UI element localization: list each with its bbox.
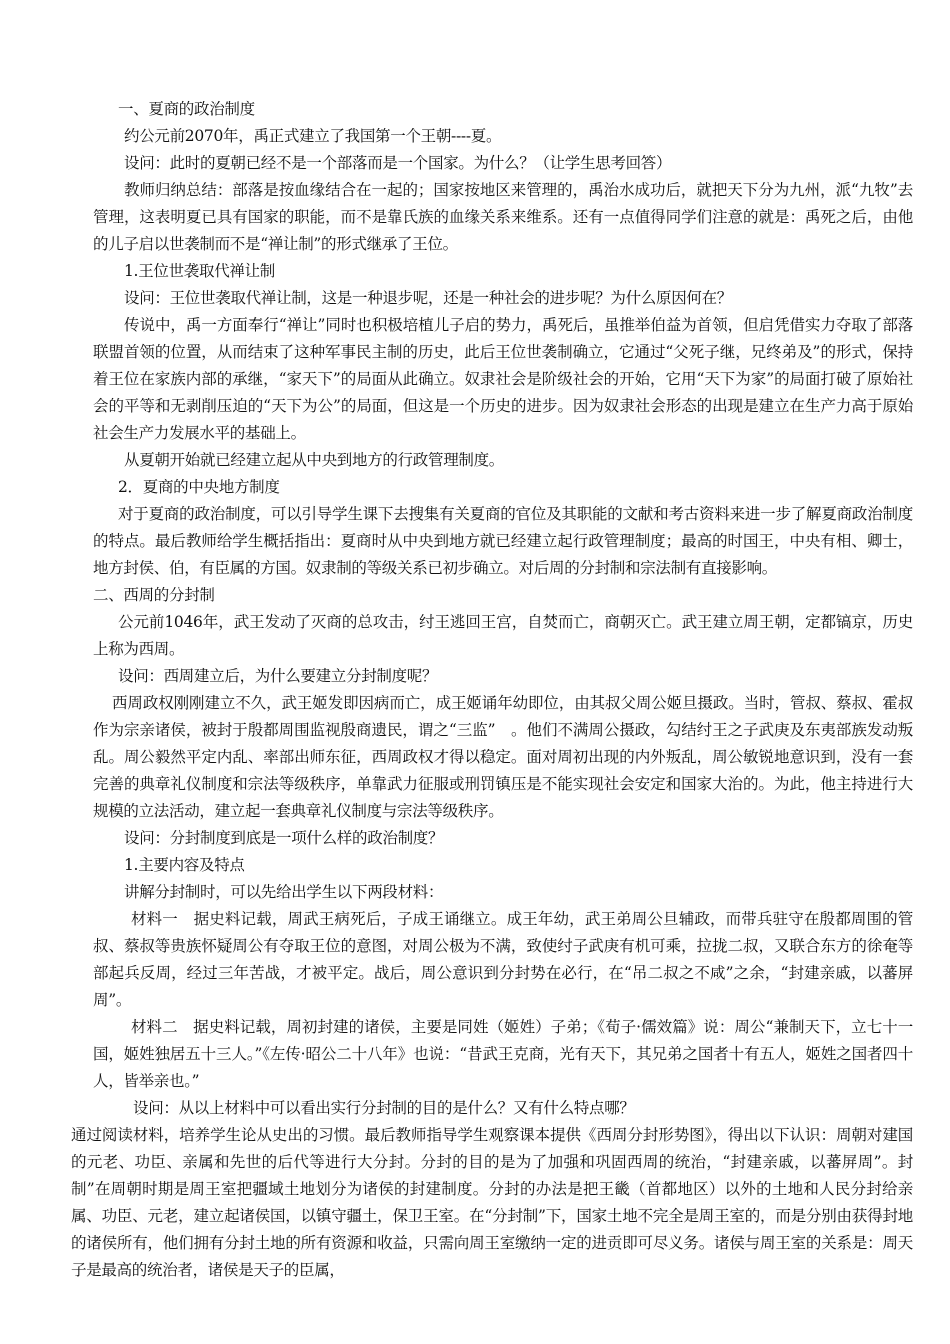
section-heading-xizhou: 二、西周的分封制 — [93, 582, 913, 609]
paragraph: 设问：分封制度到底是一项什么样的政治制度？ — [93, 825, 913, 852]
paragraph: 对于夏商的政治制度，可以引导学生课下去搜集有关夏商的官位及其职能的文献和考古资料… — [93, 501, 913, 582]
paragraph: 设问：从以上材料中可以看出实行分封制的目的是什么？又有什么特点哪？ — [71, 1095, 913, 1122]
paragraph: 公元前1046年，武王发动了灭商的总攻击，纣王逃回王宫，自焚而亡，商朝灭亡。武王… — [93, 609, 913, 663]
material-one: 材料一 据史料记载，周武王病死后，子成王诵继立。成王年幼，武王弟周公旦辅政，而带… — [93, 906, 913, 1014]
paragraph: 讲解分封制时，可以先给出学生以下两段材料： — [93, 879, 913, 906]
paragraph: 设问：王位世袭取代禅让制，这是一种退步呢，还是一种社会的进步呢？为什么原因何在？ — [93, 285, 913, 312]
subsection-heading-zhongyang-difang: 2．夏商的中央地方制度 — [93, 474, 913, 501]
paragraph: 设问：西周建立后，为什么要建立分封制度呢？ — [93, 663, 913, 690]
subsection-heading-wangwei: 1.王位世袭取代禅让制 — [93, 258, 913, 285]
paragraph: 传说中，禹一方面奉行“禅让”同时也积极培植儿子启的势力，禹死后，虽推举伯益为首领… — [93, 312, 913, 447]
section-heading-xia-shang: 一、夏商的政治制度 — [93, 96, 913, 123]
material-two: 材料二 据史料记载，周初封建的诸侯，主要是同姓（姬姓）子弟；《荀子·儒效篇》说：… — [93, 1014, 913, 1095]
paragraph: 西周政权刚刚建立不久，武王姬发即因病而亡，成王姬诵年幼即位，由其叔父周公姬旦摄政… — [93, 690, 913, 825]
paragraph: 约公元前2070年，禹正式建立了我国第一个王朝----夏。 — [93, 123, 913, 150]
document-page: 一、夏商的政治制度 约公元前2070年，禹正式建立了我国第一个王朝----夏。 … — [93, 96, 913, 1284]
paragraph: 从夏朝开始就已经建立起从中央到地方的行政管理制度。 — [93, 447, 913, 474]
subsection-heading-neirong-tedian: 1.主要内容及特点 — [93, 852, 913, 879]
paragraph: 设问：此时的夏朝已经不是一个部落而是一个国家。为什么？（让学生思考回答） — [93, 150, 913, 177]
paragraph: 教师归纳总结：部落是按血缘结合在一起的；国家按地区来管理的，禹治水成功后，就把天… — [93, 177, 913, 258]
paragraph: 通过阅读材料，培养学生论从史出的习惯。最后教师指导学生观察课本提供《西周分封形势… — [71, 1122, 913, 1284]
